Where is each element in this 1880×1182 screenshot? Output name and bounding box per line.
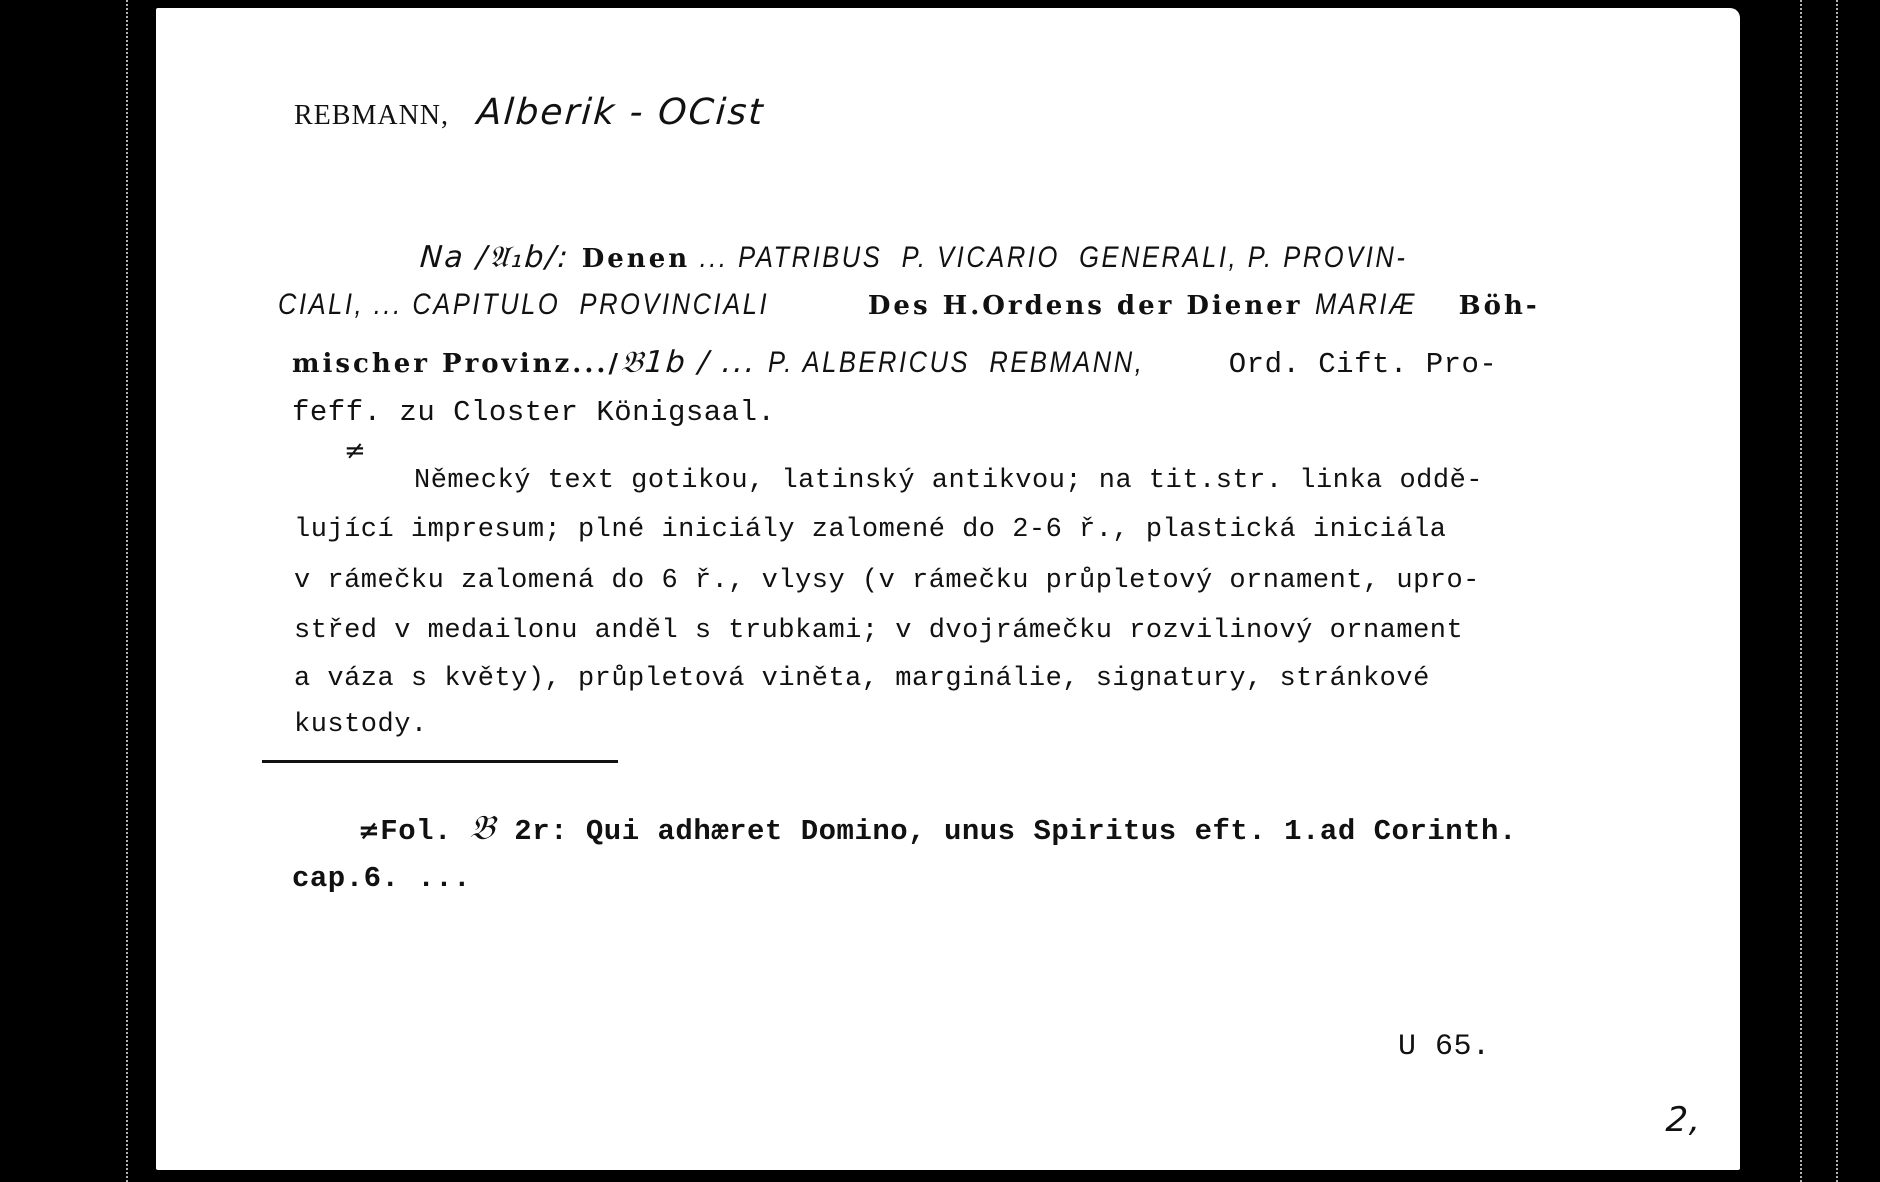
description-line: v rámečku zalomená do 6 ř., vlysy (v rám… bbox=[294, 566, 1480, 596]
incipit-text-2: cap.6. ... bbox=[292, 862, 471, 895]
incipit-handwritten-mark: 𝔅 bbox=[468, 808, 497, 848]
transcription-segment-hand: Na bbox=[419, 240, 466, 275]
transcription-segment-type: Ord. Cift. Pro- bbox=[1211, 348, 1497, 381]
incipit-line-2: cap.6. ... bbox=[292, 862, 471, 895]
transcription-segment-handcaps: MARIÆ bbox=[1315, 288, 1417, 322]
incipit-line-1: ≠Fol. 𝔅 2r: Qui adhæret Domino, unus Spi… bbox=[358, 808, 1517, 848]
page-number: 2, bbox=[1665, 1100, 1704, 1140]
card-heading: REBMANN, Alberik - OCist bbox=[294, 92, 764, 133]
transcription-segment-handcaps: CIALI, ... CAPITULO PROVINCIALI bbox=[278, 288, 769, 322]
transcription-line: Na /𝔄₁b/: Denen ... PATRIBUS P. VICARIO … bbox=[420, 240, 1534, 276]
transcription-segment-hand: 𝔅1b / ... bbox=[620, 345, 770, 380]
insertion-mark-2: ≠ bbox=[358, 816, 380, 846]
transcription-segment-frak: Böh- bbox=[1435, 291, 1540, 321]
description-line: a váza s květy), průpletová viněta, marg… bbox=[294, 664, 1430, 694]
film-edge-dots-right-1 bbox=[1800, 0, 1802, 1182]
transcription-segment-frak: Denen bbox=[570, 244, 691, 274]
transcription-segment-frak: Des H.Ordens der Diener bbox=[856, 291, 1315, 321]
transcription-segment-frak: mischer Provinz.../ bbox=[292, 349, 621, 379]
incipit-prefix: Fol. bbox=[380, 815, 452, 848]
insertion-mark: ≠ bbox=[344, 436, 366, 466]
transcription-segment-handcaps: ... PATRIBUS P. VICARIO GENERALI, P. PRO… bbox=[690, 241, 1407, 275]
transcription-line: feff. zu Closter Königsaal. bbox=[292, 396, 775, 429]
incipit-text-1: 2r: Qui adhæret Domino, unus Spiritus ef… bbox=[514, 815, 1517, 848]
film-edge-dots-left bbox=[126, 0, 128, 1182]
transcription-segment-type: feff. zu Closter Königsaal. bbox=[292, 396, 775, 429]
transcription-segment-hand: /𝔄₁b/: bbox=[464, 240, 571, 275]
separator-rule bbox=[262, 760, 618, 763]
transcription-line: mischer Provinz.../𝔅1b / ... P. ALBERICU… bbox=[292, 345, 1497, 381]
description-line: Německý text gotikou, latinský antikvou;… bbox=[414, 466, 1483, 496]
film-edge-dots-right-2 bbox=[1836, 0, 1838, 1182]
heading-handwritten: Alberik - OCist bbox=[475, 92, 765, 133]
description-line: střed v medailonu anděl s trubkami; v dv… bbox=[294, 616, 1463, 646]
description-line: kustody. bbox=[294, 710, 428, 740]
transcription-line: CIALI, ... CAPITULO PROVINCIALI Des H.Or… bbox=[278, 288, 1540, 323]
transcription-segment-handcaps: P. ALBERICUS REBMANN, bbox=[768, 346, 1144, 380]
description-line: lující impresum; plné iniciály zalomené … bbox=[294, 515, 1446, 545]
shelfmark: U 65. bbox=[1398, 1030, 1491, 1064]
heading-typed-name: REBMANN, bbox=[294, 100, 449, 131]
